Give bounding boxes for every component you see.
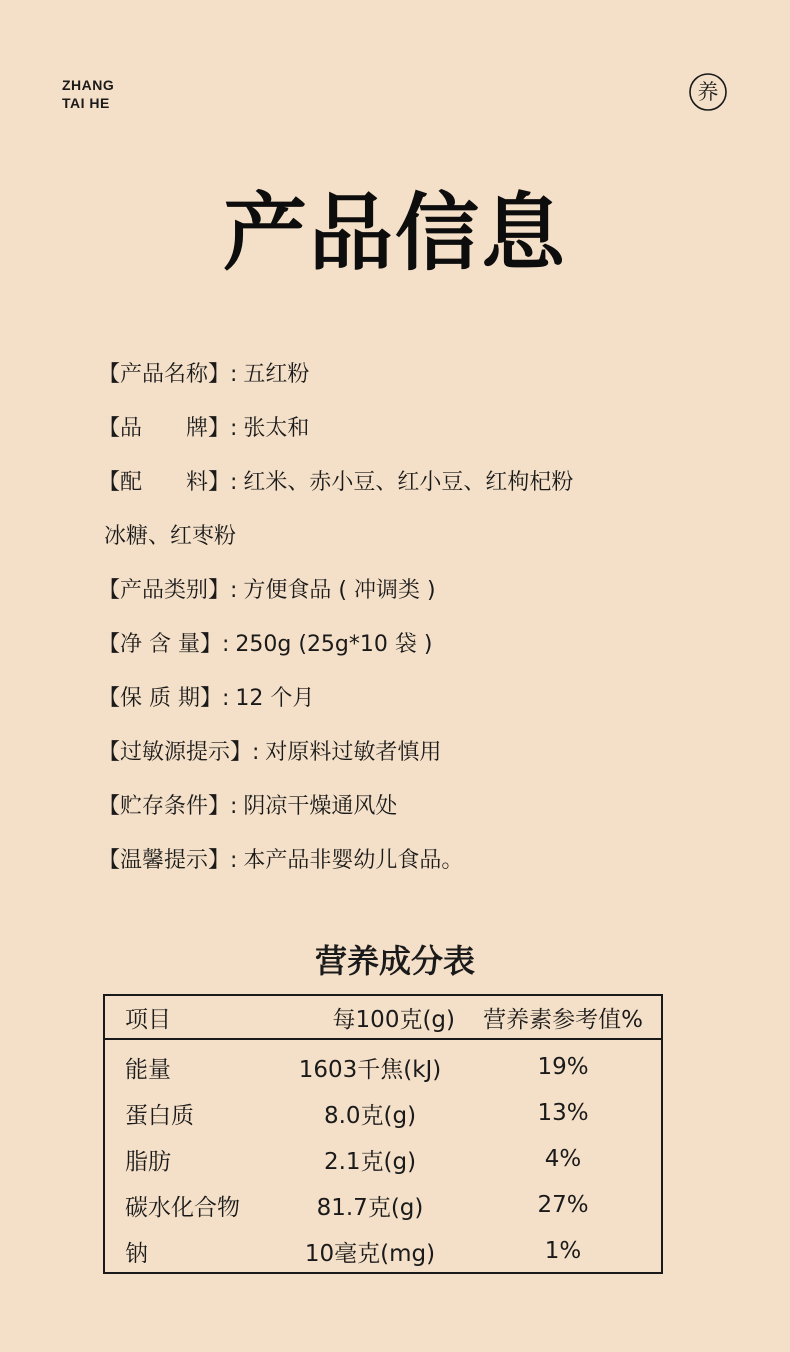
cell-amount: 10毫克(mg) — [275, 1235, 465, 1268]
info-row-notice: 【温馨提示】:本产品非婴幼儿食品。 — [98, 843, 718, 897]
cell-amount: 1603千焦(kJ) — [275, 1051, 465, 1084]
info-row-brand: 【品 牌】:张太和 — [98, 411, 718, 465]
info-row-shelf-life: 【保 质 期】:12 个月 — [98, 681, 718, 735]
page-title: 产品信息 — [0, 178, 790, 288]
brand-line-1: ZHANG — [62, 76, 114, 94]
header-nrv: 营养素参考值% — [465, 1001, 661, 1034]
table-row: 碳水化合物 81.7克(g) 27% — [105, 1182, 661, 1228]
info-value: 12 个月 — [235, 681, 314, 717]
cell-amount: 81.7克(g) — [275, 1189, 465, 1222]
info-row-allergen: 【过敏源提示】:对原料过敏者慎用 — [98, 735, 718, 789]
info-value: 阴凉干燥通风处 — [243, 789, 397, 825]
info-label: 【贮存条件】: — [98, 789, 237, 825]
info-row-ingredients: 【配 料】:红米、赤小豆、红小豆、红枸杞粉 — [98, 465, 718, 519]
seal-icon: 养 — [688, 72, 728, 112]
cell-nrv: 4% — [465, 1146, 661, 1172]
info-label: 【保 质 期】: — [98, 681, 229, 717]
cell-item: 碳水化合物 — [105, 1189, 275, 1222]
info-row-name: 【产品名称】:五红粉 — [98, 357, 718, 411]
info-label: 【配 料】: — [98, 465, 237, 501]
info-label: 【净 含 量】: — [98, 627, 229, 663]
info-value: 对原料过敏者慎用 — [265, 735, 441, 771]
seal-char: 养 — [688, 72, 728, 112]
cell-item: 蛋白质 — [105, 1097, 275, 1130]
info-row-category: 【产品类别】:方便食品 ( 冲调类 ) — [98, 573, 718, 627]
cell-nrv: 13% — [465, 1100, 661, 1126]
product-info-list: 【产品名称】:五红粉 【品 牌】:张太和 【配 料】:红米、赤小豆、红小豆、红枸… — [98, 357, 718, 897]
table-row: 脂肪 2.1克(g) 4% — [105, 1136, 661, 1182]
nutrition-title: 营养成分表 — [0, 938, 790, 984]
header-item: 项目 — [105, 1001, 275, 1034]
info-value: 本产品非婴幼儿食品。 — [243, 843, 463, 879]
info-value: 冰糖、红枣粉 — [104, 519, 236, 555]
info-label: 【产品类别】: — [98, 573, 237, 609]
table-row: 能量 1603千焦(kJ) 19% — [105, 1044, 661, 1090]
cell-amount: 8.0克(g) — [275, 1097, 465, 1130]
info-label: 【过敏源提示】: — [98, 735, 259, 771]
cell-item: 钠 — [105, 1235, 275, 1268]
info-value: 五红粉 — [243, 357, 309, 393]
table-header: 项目 每100克(g) 营养素参考值% — [105, 996, 661, 1040]
table-row: 蛋白质 8.0克(g) 13% — [105, 1090, 661, 1136]
brand-line-2: TAI HE — [62, 94, 114, 112]
brand-logo: ZHANG TAI HE — [62, 76, 114, 112]
info-value: 张太和 — [243, 411, 309, 447]
info-label: 【品 牌】: — [98, 411, 237, 447]
cell-nrv: 19% — [465, 1054, 661, 1080]
cell-item: 脂肪 — [105, 1143, 275, 1176]
cell-nrv: 1% — [465, 1238, 661, 1264]
info-value: 红米、赤小豆、红小豆、红枸杞粉 — [243, 465, 573, 501]
info-row-ingredients-cont: 冰糖、红枣粉 — [98, 519, 718, 573]
cell-amount: 2.1克(g) — [275, 1143, 465, 1176]
info-value: 方便食品 ( 冲调类 ) — [243, 573, 435, 609]
info-row-net-weight: 【净 含 量】:250g (25g*10 袋 ) — [98, 627, 718, 681]
info-row-storage: 【贮存条件】:阴凉干燥通风处 — [98, 789, 718, 843]
table-row: 钠 10毫克(mg) 1% — [105, 1228, 661, 1274]
cell-nrv: 27% — [465, 1192, 661, 1218]
nutrition-table: 项目 每100克(g) 营养素参考值% 能量 1603千焦(kJ) 19% 蛋白… — [103, 994, 663, 1274]
header-per-100g: 每100克(g) — [275, 1001, 465, 1034]
cell-item: 能量 — [105, 1051, 275, 1084]
info-label: 【温馨提示】: — [98, 843, 237, 879]
info-value: 250g (25g*10 袋 ) — [235, 627, 432, 663]
info-label: 【产品名称】: — [98, 357, 237, 393]
